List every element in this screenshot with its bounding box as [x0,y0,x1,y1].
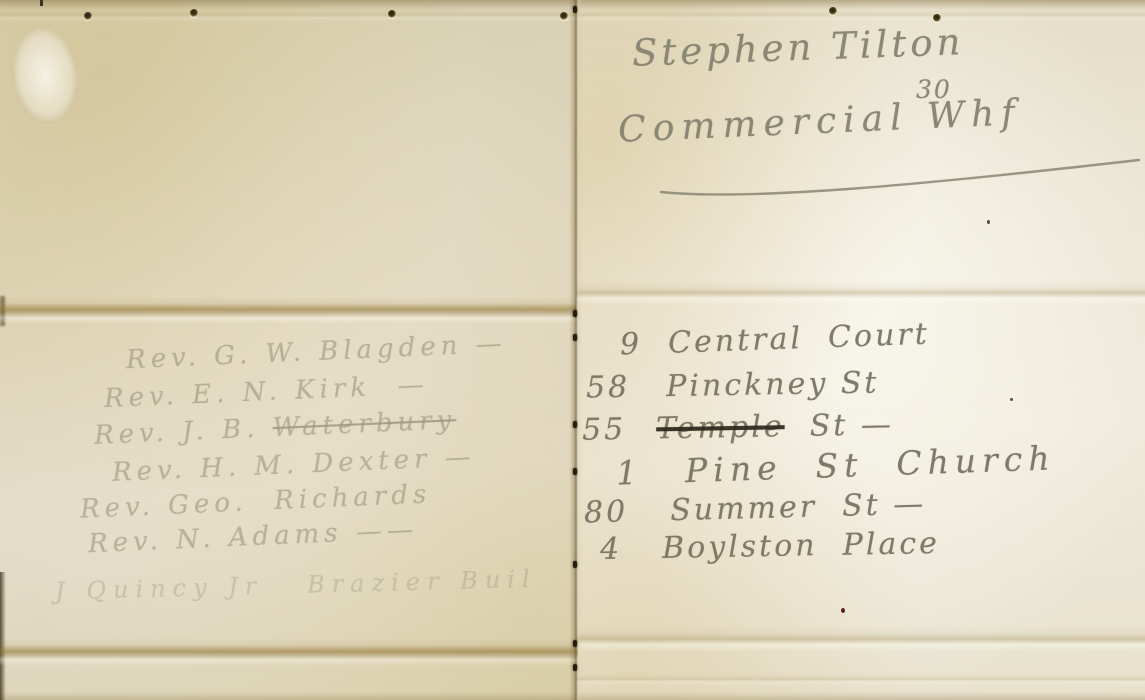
seam-stitch [573,640,577,647]
pin-hole [829,7,837,15]
address-number: 4 [600,533,623,566]
paper-left-edge-tear [0,572,6,700]
centre-fold-seam [569,0,583,700]
seam-stitch [573,310,577,317]
paper-edge-nick [40,0,43,6]
pencil-underline [655,150,1145,200]
pencil-dot [987,220,990,224]
address-street: Pinckney St [666,365,880,404]
address-number: 58 [586,371,631,405]
address-line: 58Pinckney St [586,366,880,404]
seam-stitch [573,664,577,671]
address-number: 55 [582,413,627,447]
address-street: Summer St — [670,487,927,529]
seam-stitch [573,421,577,428]
pin-hole [388,10,396,18]
pin-hole [560,12,568,20]
ink-speck [841,608,845,613]
seam-stitch [573,468,577,475]
address-line: 55Temple St — [582,408,894,446]
seam-stitch [573,561,577,568]
seam-stitch [573,6,577,13]
scanned-letter-page: Stephen Tilton 30 Commercial Whf Rev. G.… [0,0,1145,700]
address-struck-text: Temple [656,409,785,446]
address-street: Boylston Place [662,526,940,566]
pencil-dot [1010,398,1013,401]
seam-stitch [573,334,577,341]
pin-hole [190,9,198,17]
pin-hole [84,12,92,20]
address-number: 9 [620,328,643,362]
address-street-suffix: St — [784,407,894,444]
address-number: 80 [584,495,629,529]
address-line: 4Boylston Place [600,527,940,566]
address-number: 1 [616,455,644,492]
paper-left-edge-mark [0,296,5,326]
